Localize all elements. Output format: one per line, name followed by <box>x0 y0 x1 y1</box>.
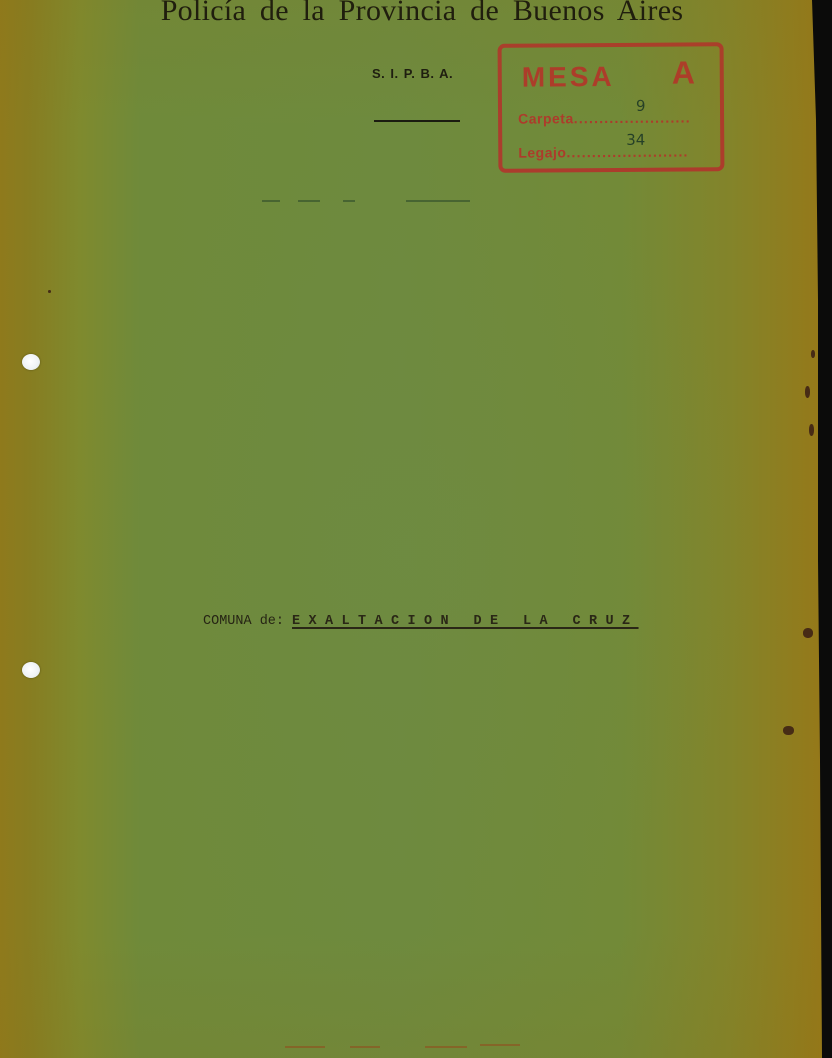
stamp-carpeta-row: Carpeta....................... <box>518 109 691 126</box>
stamp-legajo-value: 34 <box>626 131 645 149</box>
stain-speck <box>809 424 814 436</box>
agency-underline <box>374 120 460 122</box>
comuna-line: COMUNA de:EXALTACION DE LA CRUZ <box>203 614 639 629</box>
stain-speck <box>811 350 815 358</box>
stamp-legajo-label: Legajo <box>518 144 566 160</box>
stamp-mesa-letter: A <box>672 54 695 91</box>
stamp-carpeta-label: Carpeta <box>518 110 574 126</box>
faint-mark <box>406 200 470 202</box>
stamp-mesa-title: MESA <box>522 61 615 94</box>
stamp-carpeta-dots: ....................... <box>574 109 691 126</box>
bottom-mark <box>480 1044 520 1046</box>
bottom-mark <box>425 1046 467 1048</box>
bottom-mark <box>350 1046 380 1048</box>
comuna-label: COMUNA de: <box>203 614 284 629</box>
header-title: Policía de la Provincia de Buenos Aires <box>0 0 832 28</box>
stain-speck <box>805 386 810 398</box>
punch-hole <box>22 662 40 678</box>
stain-speck <box>783 726 794 735</box>
stamp-legajo-row: Legajo........................ <box>518 143 688 160</box>
stain-speck <box>48 290 51 293</box>
faint-mark <box>343 200 355 202</box>
comuna-value: EXALTACION DE LA CRUZ <box>292 614 639 629</box>
punch-hole <box>22 354 40 370</box>
faint-mark <box>298 200 320 202</box>
folder-cover: Policía de la Provincia de Buenos Aires … <box>0 0 822 1058</box>
bottom-mark <box>285 1046 325 1048</box>
stamp-carpeta-value: 9 <box>636 97 646 115</box>
stain-speck <box>803 628 813 638</box>
faint-mark <box>262 200 280 202</box>
agency-abbreviation: S. I. P. B. A. <box>372 66 453 81</box>
mesa-stamp: MESA A Carpeta....................... 9 … <box>498 42 725 173</box>
